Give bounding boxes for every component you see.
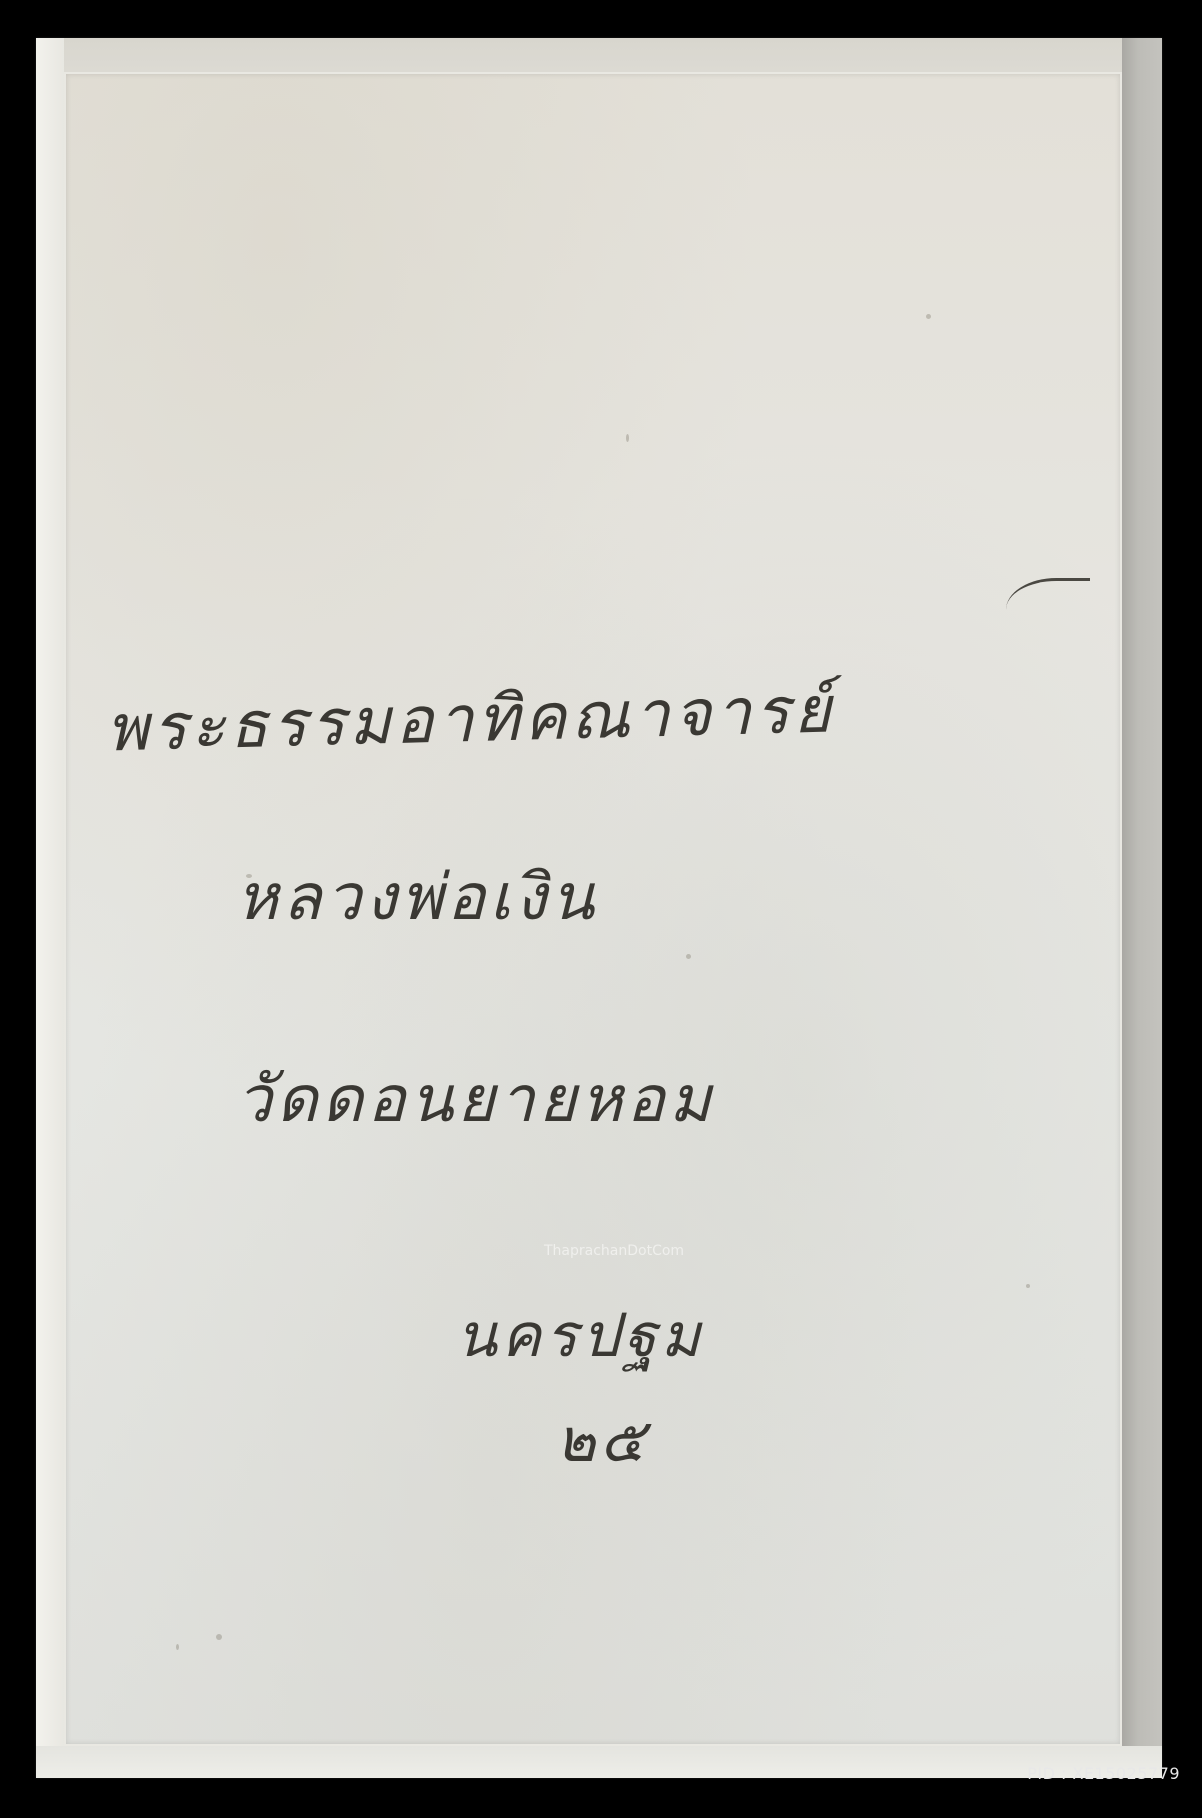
mat-bevel-left [36,38,64,1778]
watermark-text: ThaprachanDotCom [544,1243,684,1259]
paper-speck [176,1644,179,1650]
handwriting-line-province: นครปฐม [456,1288,704,1383]
photo: พระธรรมอาทิคณาจารย์ หลวงพ่อเงิน วัดดอนยา… [0,0,1202,1818]
handwriting-line-number: ๒๕ [556,1393,649,1488]
mat-bevel-bottom [36,1746,1162,1778]
paper-speck [1026,1284,1030,1288]
handwriting-line-title: พระธรรมอาทิคณาจารย์ [105,658,836,779]
paper-speck [686,954,691,959]
mat-bevel-top [36,38,1162,72]
mat-bevel-right [1122,38,1162,1778]
mat-frame: พระธรรมอาทิคณาจารย์ หลวงพ่อเงิน วัดดอนยา… [36,38,1162,1778]
paper-speck [216,1634,222,1640]
paper-speck [926,314,931,319]
paper-speck [626,434,629,442]
pid-caption: PID : XE15025779 [1027,1764,1180,1783]
handwriting-line-temple: วัดดอนยายหอม [236,1048,715,1150]
handwriting-line-name: หลวงพ่อเงิน [236,846,598,948]
